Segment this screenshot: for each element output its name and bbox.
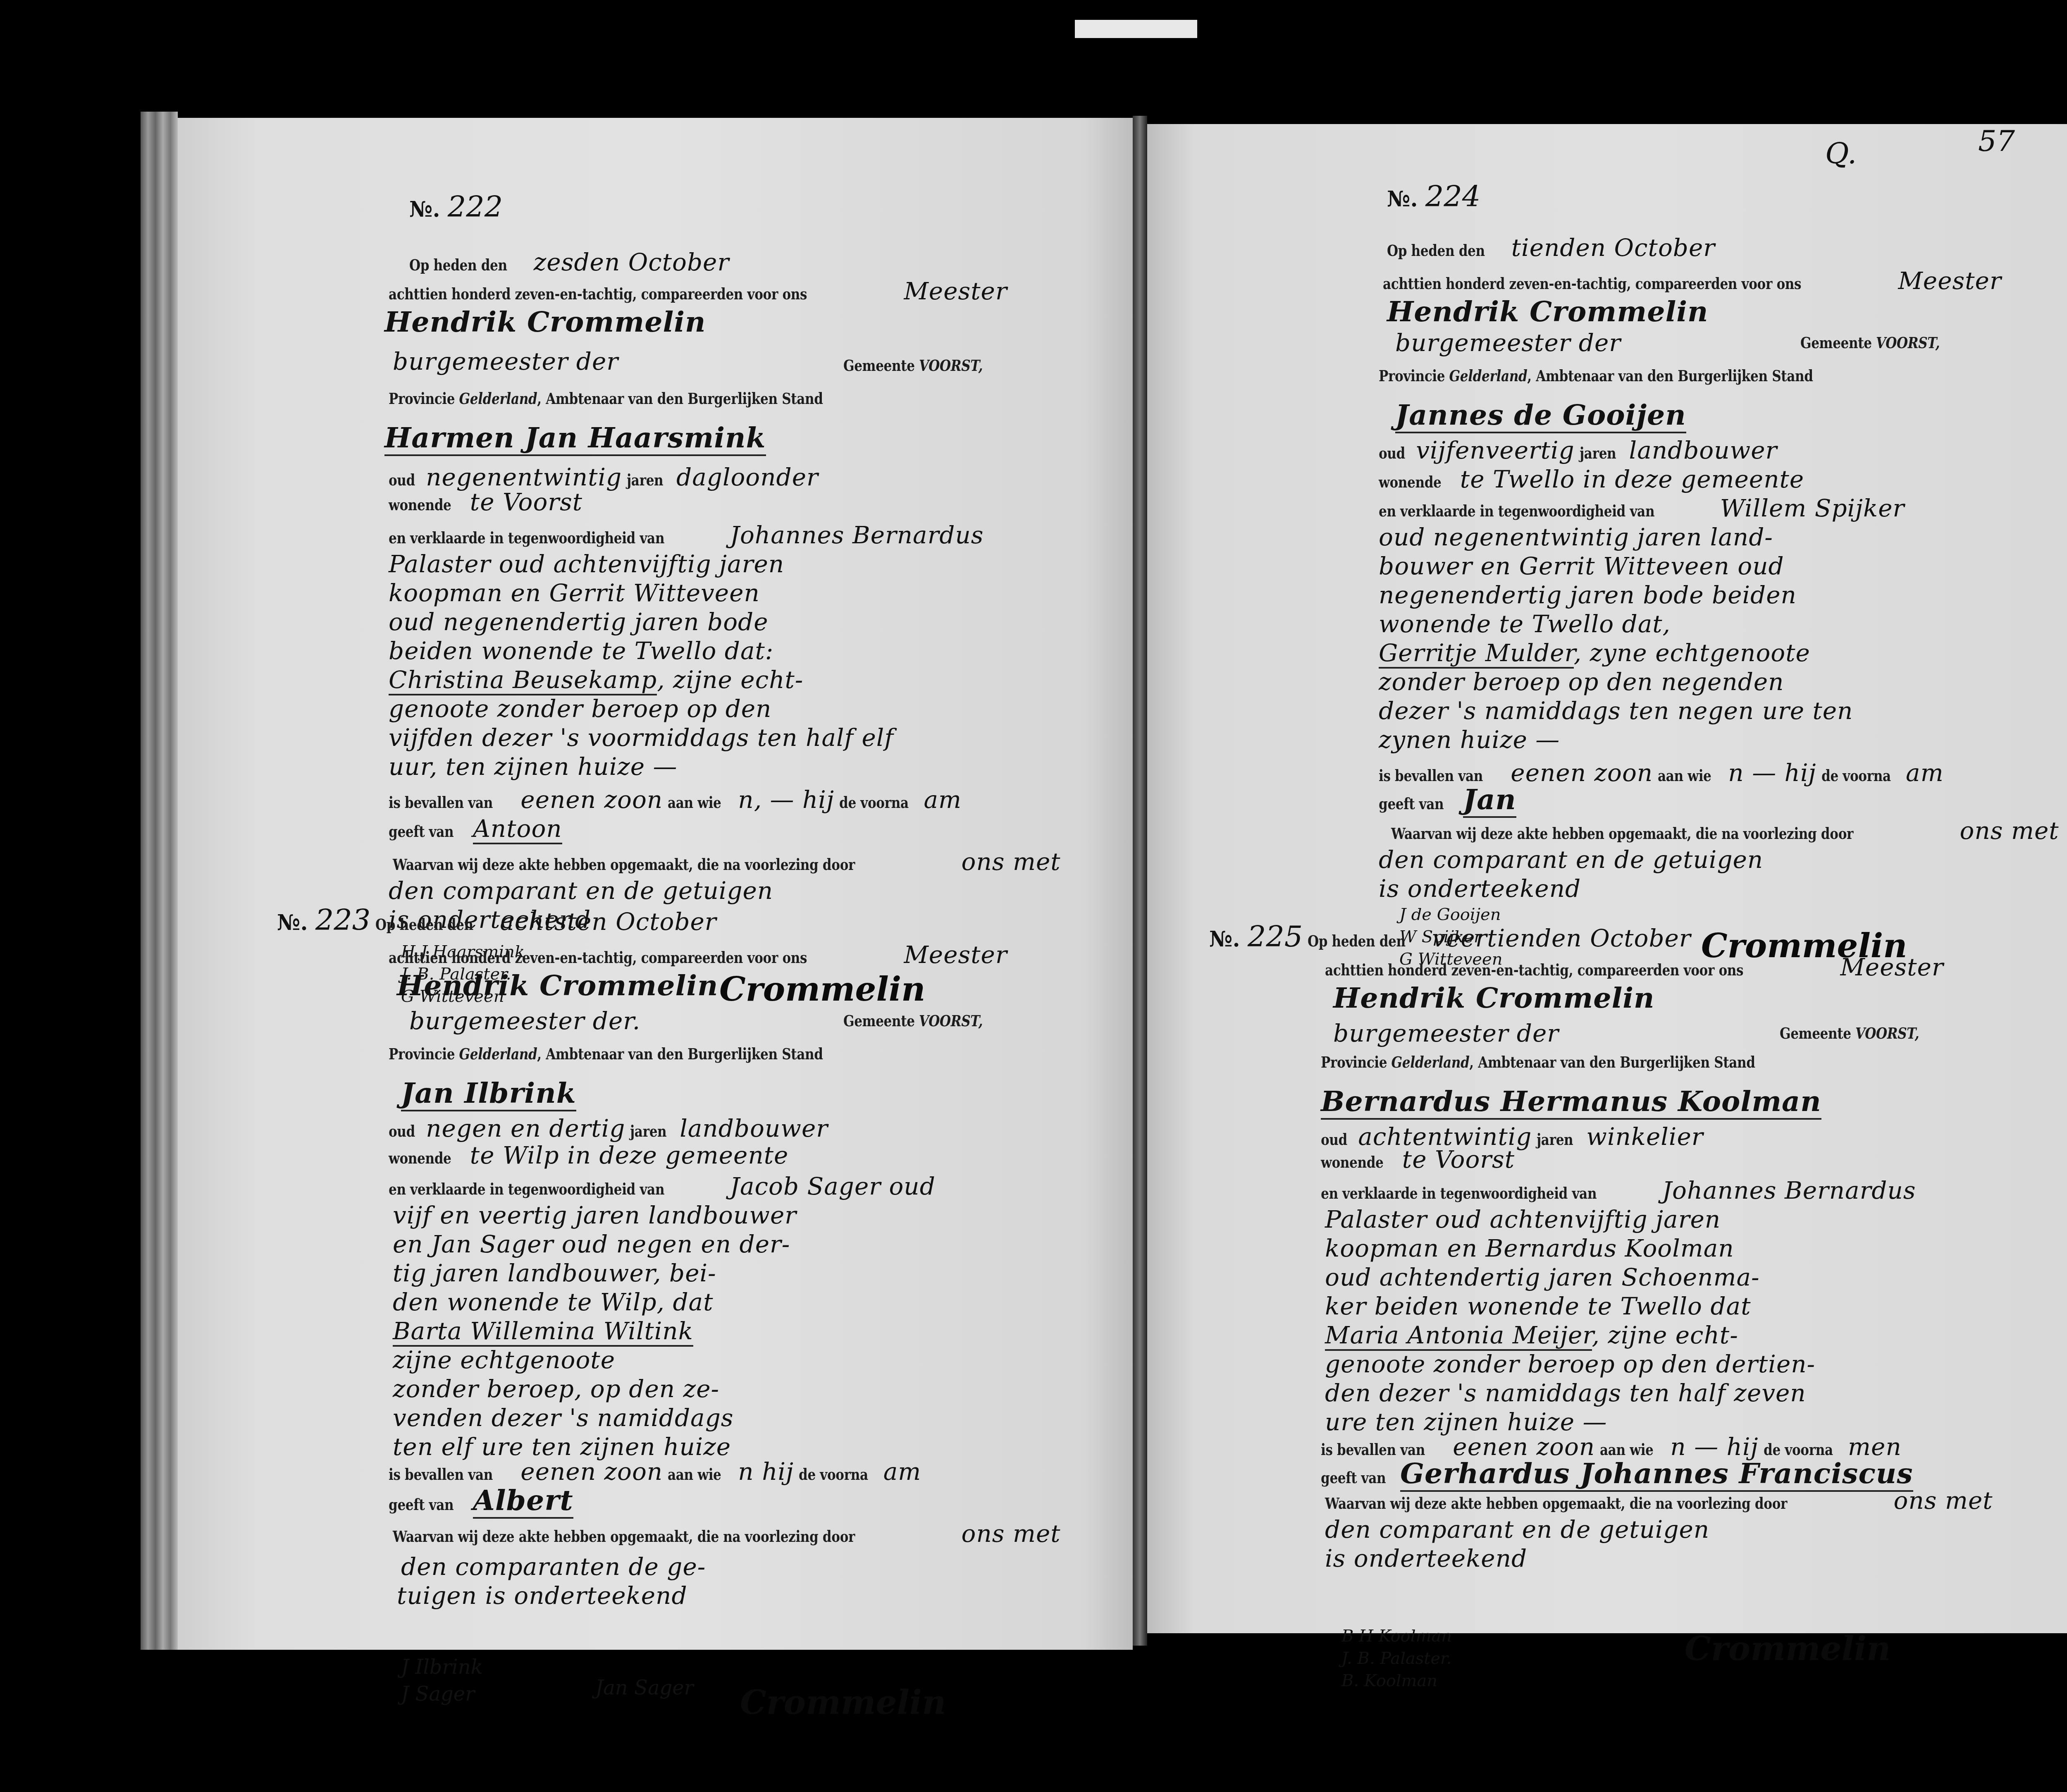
printed-oud: oud: [1321, 1132, 1347, 1147]
signature: J Ilbrink: [401, 1654, 483, 1681]
witness-line: bouwer en Gerrit Witteveen oud: [1379, 552, 1784, 580]
signature: Jan Sager: [595, 1675, 694, 1701]
official-role: burgemeester der: [1395, 329, 1621, 357]
printed-provincie: Provincie Gelderland, Ambtenaar van den …: [1379, 368, 1813, 384]
printed-gemeente: Gemeente VOORST,: [843, 358, 983, 373]
child-sex: eenen zoon: [1511, 759, 1653, 787]
printed-wonende: wonende: [389, 497, 451, 513]
printed-oud: oud: [389, 472, 415, 488]
closing-text: ons met: [962, 1520, 1061, 1548]
folio-number: 57: [1978, 124, 2015, 158]
declarant-age: vijfenveertig: [1416, 436, 1575, 464]
printed-geeft-van: geeft van: [1379, 796, 1444, 812]
printed-jaren: jaren: [630, 1123, 666, 1139]
mother-name: Barta Willemina Wiltink: [393, 1317, 693, 1347]
witness-line: koopman en Gerrit Witteveen: [389, 579, 760, 607]
printed-aan-wie: aan wie: [668, 795, 721, 810]
closing-text: ons met: [962, 848, 1061, 876]
printed-jaren: jaren: [1537, 1132, 1573, 1147]
witness-line: wonende te Twello dat,: [1379, 610, 1671, 638]
aan-wie-hand: n hij: [738, 1457, 794, 1486]
witness-line: oud negenentwintig jaren land-: [1379, 523, 1773, 551]
right-page: Q. 57 №. 224 Op heden den tienden Octobe…: [1147, 124, 2067, 1633]
printed-jaren: jaren: [627, 472, 663, 488]
closing-text: den comparanten de ge-: [401, 1553, 706, 1581]
printed-bevallen: is bevallen van: [389, 1467, 493, 1482]
voorna-suffix: men: [1848, 1433, 1902, 1461]
printed-gemeente: Gemeente VOORST,: [1800, 335, 1940, 351]
entry-number-label: №. 225: [1209, 927, 1303, 952]
mother-text: genoote zonder beroep op den: [389, 695, 771, 723]
printed-gemeente: Gemeente VOORST,: [1780, 1025, 1919, 1041]
printed-op-heden: Op heden den: [1308, 933, 1406, 949]
declarant-residence: te Twello in deze gemeente: [1460, 465, 1804, 493]
closing-text: ons met: [1894, 1486, 1993, 1515]
declarant-occupation: landbouwer: [680, 1114, 828, 1142]
voorna-suffix: am: [924, 786, 962, 814]
page-letter-mark: Q.: [1825, 136, 1857, 170]
mother-text: zonder beroep op den negenden: [1379, 668, 1784, 696]
printed-provincie: Provincie Gelderland, Ambtenaar van den …: [1321, 1054, 1755, 1070]
printed-op-heden: Op heden den: [1387, 243, 1485, 258]
printed-verklaarde: en verklaarde in tegenwoordigheid van: [1379, 503, 1654, 519]
witness-line: vijf en veertig jaren landbouwer: [393, 1201, 797, 1229]
printed-de-voorna: de voorna: [1764, 1442, 1833, 1457]
printed-waarvan: Waarvan wij deze akte hebben opgemaakt, …: [393, 857, 855, 872]
closing-text: ons met: [1960, 817, 2059, 845]
mother-name: Maria Antonia Meijer: [1325, 1321, 1592, 1351]
voorna-suffix: am: [1906, 759, 1944, 787]
declarant-name: Jannes de Gooijen: [1395, 399, 1686, 433]
child-sex: eenen zoon: [520, 1457, 663, 1486]
witness-line: den wonende te Wilp, dat: [393, 1288, 714, 1316]
entry-number-label: №. 223: [277, 910, 370, 935]
printed-bevallen: is bevallen van: [389, 795, 493, 810]
child-name: Antoon: [473, 815, 562, 844]
printed-verklaarde: en verklaarde in tegenwoordigheid van: [389, 1181, 664, 1197]
printed-wonende: wonende: [1379, 474, 1441, 490]
printed-waarvan: Waarvan wij deze akte hebben opgemaakt, …: [1325, 1496, 1787, 1511]
printed-year-line: achttien honderd zeven-en-tachtig, compa…: [1383, 276, 1801, 291]
child-name: Jan: [1463, 783, 1516, 818]
date-handwritten: veertienden October: [1432, 924, 1691, 952]
printed-provincie: Provincie Gelderland, Ambtenaar van den …: [389, 391, 823, 406]
witness-line: Palaster oud achtenvijftig jaren: [1325, 1205, 1721, 1233]
official-role: burgemeester der: [393, 347, 618, 375]
printed-geeft-van: geeft van: [389, 824, 453, 839]
aan-wie-hand: n — hij: [1670, 1433, 1758, 1461]
printed-year-line: achttien honderd zeven-en-tachtig, compa…: [389, 286, 807, 302]
witness-line: Palaster oud achtenvijftig jaren: [389, 550, 784, 578]
voorna-suffix: am: [883, 1457, 921, 1486]
witness-line: ker beiden wonende te Twello dat: [1325, 1292, 1751, 1320]
printed-aan-wie: aan wie: [1658, 768, 1711, 784]
date-handwritten: achtsten October: [500, 908, 716, 936]
official-title: Meester: [1840, 953, 1943, 981]
aan-wie-hand: n — hij: [1728, 759, 1816, 787]
official-title: Meester: [904, 941, 1007, 969]
declarant-name: Bernardus Hermanus Koolman: [1321, 1085, 1821, 1120]
printed-geeft-van: geeft van: [1321, 1470, 1386, 1486]
printed-aan-wie: aan wie: [1600, 1442, 1654, 1457]
film-label-strip: [1075, 20, 1197, 38]
witness-line: Jacob Sager oud: [730, 1172, 936, 1200]
printed-year-line: achttien honderd zeven-en-tachtig, compa…: [1325, 962, 1743, 978]
declarant-occupation: winkelier: [1586, 1123, 1703, 1151]
signature: J. B. Palaster.: [1341, 1647, 1452, 1670]
witness-line: Willem Spijker: [1720, 494, 1905, 522]
closing-text: den comparant en de getuigen: [389, 877, 773, 905]
mother-text: , zyne echtgenoote: [1574, 639, 1810, 667]
declarant-age: negenentwintig: [426, 463, 622, 491]
child-sex: eenen zoon: [520, 786, 663, 814]
declarant-residence: te Voorst: [1402, 1145, 1515, 1173]
witness-line: negenendertig jaren bode beiden: [1379, 581, 1797, 609]
printed-geeft-van: geeft van: [389, 1497, 453, 1512]
official-name: Hendrik Crommelin: [1387, 295, 1709, 328]
printed-de-voorna: de voorna: [1821, 768, 1891, 784]
mother-text: , zijne echt-: [657, 666, 803, 694]
printed-wonende: wonende: [1321, 1154, 1383, 1170]
witness-signatures: B H Koolman J. B. Palaster. B. Koolman: [1341, 1625, 1452, 1692]
official-name: Hendrik Crommelin: [384, 306, 706, 339]
witness-line: Johannes Bernardus: [730, 521, 984, 549]
printed-waarvan: Waarvan wij deze akte hebben opgemaakt, …: [393, 1529, 855, 1544]
mother-text: uur, ten zijnen huize —: [389, 753, 678, 781]
printed-oud: oud: [389, 1123, 415, 1139]
printed-jaren: jaren: [1580, 445, 1616, 461]
mother-text: , zijne echt-: [1592, 1321, 1738, 1349]
declarant-age: negen en dertig: [426, 1114, 625, 1142]
official-title: Meester: [904, 277, 1007, 305]
mother-text: ten elf ure ten zijnen huize: [393, 1433, 731, 1461]
entry-number-label: №. 224: [1387, 186, 1480, 212]
entry-number-label: №. 222: [409, 197, 503, 222]
printed-provincie: Provincie Gelderland, Ambtenaar van den …: [389, 1046, 823, 1062]
printed-op-heden: Op heden den: [409, 257, 507, 273]
registrar-signature: Crommelin: [740, 1683, 946, 1722]
signature: B. Koolman: [1341, 1670, 1452, 1692]
official-name: Hendrik Crommelin: [1333, 982, 1655, 1015]
closing-text: is onderteekend: [1379, 874, 1581, 903]
mother-text: zonder beroep, op den ze-: [393, 1375, 719, 1403]
date-handwritten: tienden October: [1511, 234, 1715, 262]
registrar-signature: Crommelin: [719, 970, 925, 1008]
printed-bevallen: is bevallen van: [1321, 1442, 1425, 1457]
witness-signatures: J Ilbrink J Sager: [401, 1654, 483, 1708]
witness-line: beiden wonende te Twello dat:: [389, 637, 773, 665]
signature: J Sager: [401, 1681, 483, 1708]
witness-line: Johannes Bernardus: [1662, 1176, 1916, 1204]
registrar-signature: Crommelin: [1685, 1629, 1890, 1668]
mother-text: vijfden dezer 's voormiddags ten half el…: [389, 724, 894, 752]
printed-gemeente: Gemeente VOORST,: [843, 1013, 983, 1029]
mother-text: dezer 's namiddags ten negen ure ten: [1379, 697, 1853, 725]
witness-line: en Jan Sager oud negen en der-: [393, 1230, 790, 1258]
child-name: Gerhardus Johannes Franciscus: [1400, 1457, 1913, 1492]
printed-op-heden: Op heden den: [375, 917, 473, 932]
aan-wie-hand: n, — hij: [738, 786, 834, 814]
signature: B H Koolman: [1341, 1625, 1452, 1647]
mother-text: genoote zonder beroep op den dertien-: [1325, 1350, 1815, 1378]
declarant-occupation: landbouwer: [1629, 436, 1778, 464]
mother-text: zijne echtgenoote: [393, 1346, 615, 1374]
official-title: Meester: [1898, 267, 2001, 295]
declarant-name: Harmen Jan Haarsmink: [384, 421, 766, 456]
mother-text: den dezer 's namiddags ten half zeven: [1325, 1379, 1806, 1407]
child-sex: eenen zoon: [1453, 1433, 1595, 1461]
declarant-occupation: dagloonder: [676, 463, 819, 491]
printed-aan-wie: aan wie: [668, 1467, 721, 1482]
book-gutter: [1133, 116, 1147, 1646]
closing-text: den comparant en de getuigen: [1379, 846, 1763, 874]
official-role: burgemeester der: [1333, 1019, 1559, 1047]
mother-name: Christina Beusekamp: [389, 666, 657, 695]
closing-text: tuigen is onderteekend: [397, 1582, 687, 1610]
official-role: burgemeester der.: [409, 1007, 640, 1035]
mother-name: Gerritje Mulder: [1379, 639, 1574, 669]
declarant-residence: te Wilp in deze gemeente: [470, 1141, 789, 1169]
printed-de-voorna: de voorna: [799, 1467, 868, 1482]
printed-waarvan: Waarvan wij deze akte hebben opgemaakt, …: [1391, 826, 1853, 841]
mother-text: venden dezer 's namiddags: [393, 1404, 734, 1432]
witness-line: koopman en Bernardus Koolman: [1325, 1234, 1734, 1262]
child-name: Albert: [473, 1484, 573, 1519]
left-page: №. 222 Op heden den zesden October achtt…: [178, 118, 1133, 1650]
book-page-edges-left: [141, 112, 178, 1650]
official-name: Hendrik Crommelin: [397, 969, 718, 1002]
closing-text: den comparant en de getuigen: [1325, 1515, 1709, 1544]
witness-line: tig jaren landbouwer, bei-: [393, 1259, 716, 1287]
printed-de-voorna: de voorna: [839, 795, 909, 810]
printed-year-line: achttien honderd zeven-en-tachtig, compa…: [389, 950, 807, 965]
declarant-residence: te Voorst: [470, 488, 582, 516]
closing-text: is onderteekend: [1325, 1544, 1527, 1572]
printed-bevallen: is bevallen van: [1379, 768, 1483, 784]
printed-oud: oud: [1379, 445, 1405, 461]
mother-text: ure ten zijnen huize —: [1325, 1408, 1607, 1436]
date-handwritten: zesden October: [534, 248, 729, 276]
mother-text: zynen huize —: [1379, 726, 1560, 754]
printed-verklaarde: en verklaarde in tegenwoordigheid van: [1321, 1185, 1597, 1201]
witness-line: oud achtendertig jaren Schoenma-: [1325, 1263, 1760, 1291]
printed-verklaarde: en verklaarde in tegenwoordigheid van: [389, 530, 664, 546]
declarant-name: Jan Ilbrink: [401, 1077, 576, 1111]
witness-line: oud negenendertig jaren bode: [389, 608, 769, 636]
printed-wonende: wonende: [389, 1150, 451, 1166]
